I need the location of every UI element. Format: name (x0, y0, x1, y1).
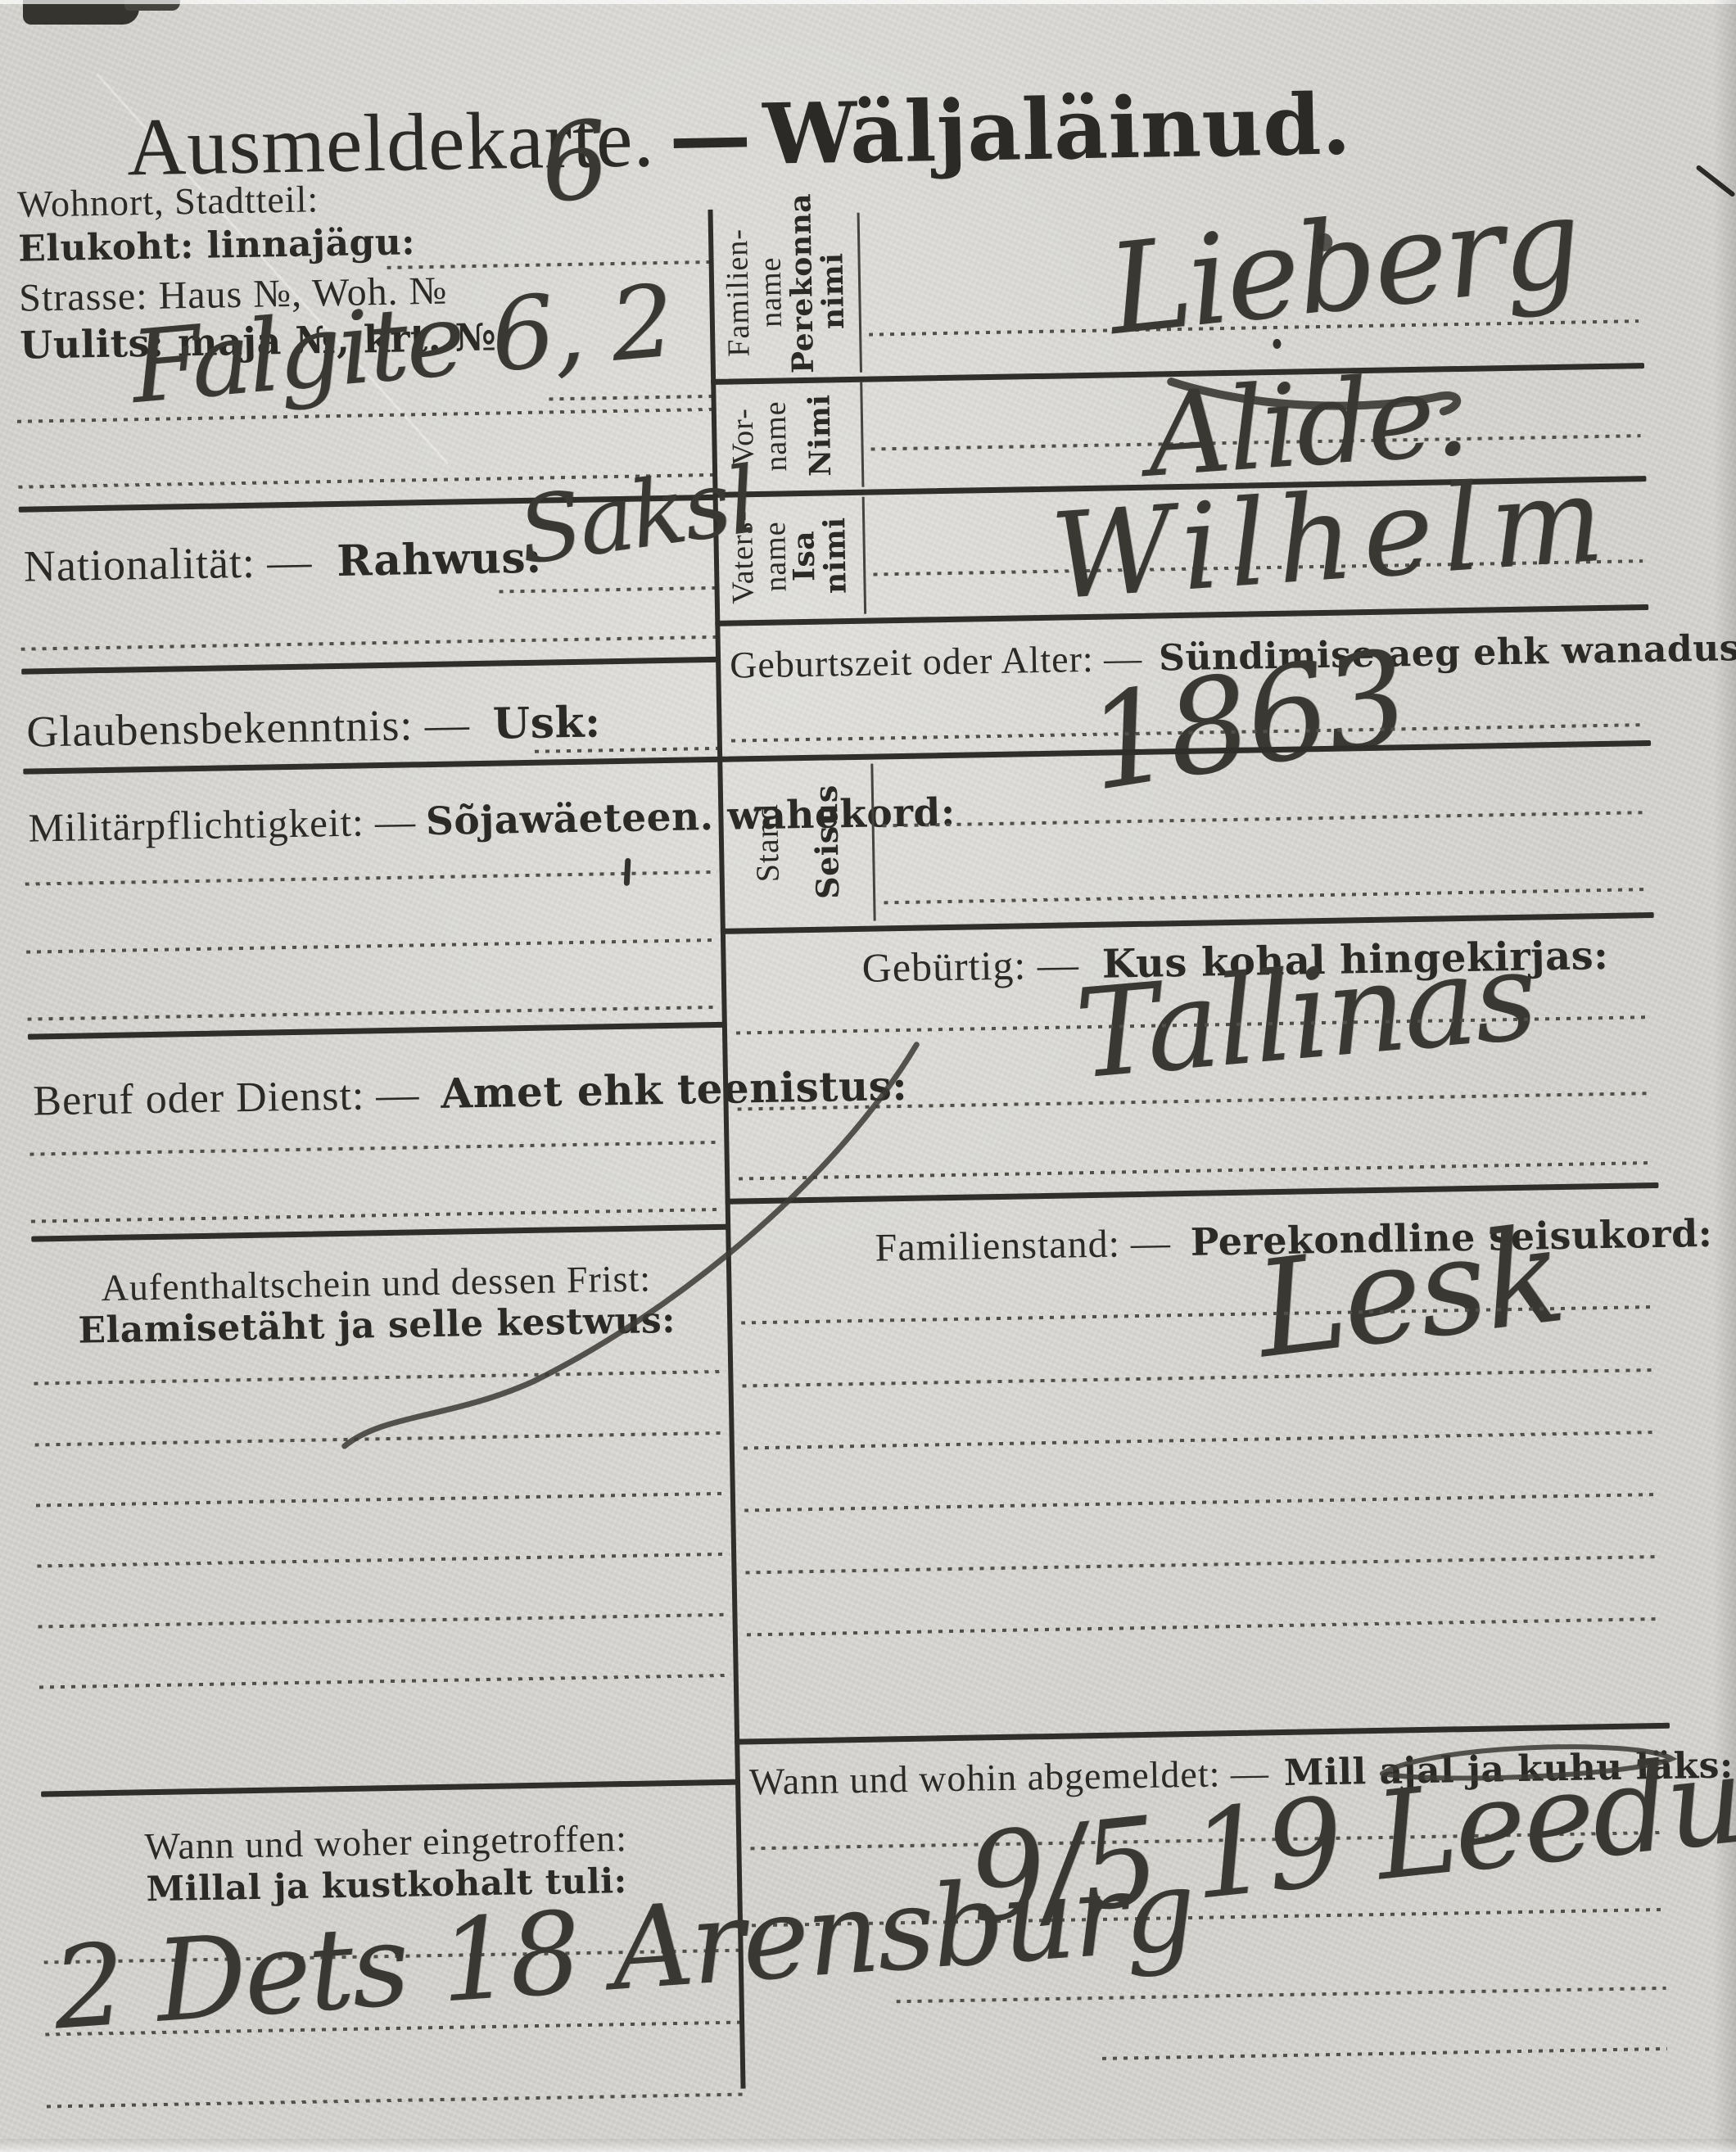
label-wohnort-de: Wohnort, Stadtteil: (17, 177, 319, 225)
label-glauben-et: Usk: (492, 697, 601, 748)
row-divider (726, 1182, 1659, 1205)
dotted-line (739, 1161, 1652, 1180)
label-vorname-et: Nimi (799, 382, 842, 488)
label-beruf-et: Amet ehk teenistus: (441, 1061, 908, 1118)
dotted-line (39, 1674, 731, 1689)
dotted-line (25, 870, 717, 886)
label-nationalitaet-de: Nationalität: — (23, 536, 312, 590)
label-militaer-de: Militärpflichtigkeit: — (28, 798, 416, 850)
dotted-line (500, 586, 717, 594)
dotted-line (26, 938, 718, 954)
label-vorname-et-line1: Nimi (804, 382, 837, 488)
label-familienname-et-line2: nimi (817, 209, 851, 373)
handwritten-family-name: Lieberg (1102, 180, 1584, 353)
label-separator-line (862, 497, 866, 614)
dotted-line (36, 1492, 728, 1508)
dotted-line (21, 635, 717, 651)
label-separator-line (870, 764, 875, 921)
label-glauben-de: Glaubensbekenntnis: — (26, 699, 470, 756)
title-estonian: Wäljaläinud. (762, 75, 1352, 184)
handwritten-origin: Tallinas (1071, 934, 1539, 1096)
dotted-line (549, 395, 712, 400)
label-familienname-de-line1: Familien- (721, 210, 757, 375)
label-vorname-de-line2: name (759, 383, 793, 489)
handwritten-nationality: Saksl (513, 454, 761, 578)
label-wohnort-et: Elukoht: linnajägu: (18, 221, 416, 269)
handwritten-father-name: Wilhelm (1047, 459, 1616, 617)
dotted-line (883, 811, 1648, 827)
label-stand-de: Stand (745, 766, 789, 919)
handwritten-district: 6 (536, 106, 612, 219)
label-separator-line (860, 382, 864, 487)
dotted-line (743, 1368, 1656, 1387)
dotted-line (746, 1555, 1659, 1574)
dotted-line (31, 1208, 723, 1223)
label-nationalitaet-et: Rahwus: (337, 533, 542, 586)
label-separator-line (857, 213, 862, 373)
dotted-line (17, 408, 713, 423)
row-religion: Glaubensbekenntnis: — Usk: (26, 696, 601, 757)
dotted-line (1102, 2047, 1667, 2060)
dotted-line (35, 1431, 727, 1447)
row-profession: Beruf oder Dienst: — Amet ehk teenistus: (33, 1061, 908, 1126)
handwritten-family-status: Lesk (1250, 1209, 1569, 1377)
ink-mark (624, 858, 631, 886)
section-divider (31, 1224, 727, 1242)
section-divider-right-bottom (735, 1723, 1670, 1745)
label-gebuertig-de: Gebürtig: — (861, 941, 1079, 991)
label-vatersname-et: Isa nimi (790, 495, 852, 616)
dotted-line (37, 1553, 729, 1568)
dotted-line (897, 1987, 1666, 2003)
dotted-line (29, 1141, 721, 1156)
dotted-line (28, 1006, 720, 1021)
dotted-line (747, 1617, 1660, 1636)
label-familienname-de: Familien- name (725, 210, 786, 374)
section-divider (23, 757, 719, 775)
card: Ausmeldekarte. —Wäljaläinud. Wohnort, St… (2, 30, 1709, 2123)
bottom-edge-shadow (0, 2139, 1736, 2152)
section-divider (21, 657, 717, 675)
label-familienname-et: Perekonna nimi (785, 209, 852, 373)
ink-dot (1273, 339, 1281, 349)
dotted-line (744, 1493, 1657, 1512)
scan-top-edge (0, 0, 1736, 4)
dotted-line (744, 1431, 1657, 1449)
label-vatersname-et-line2: nimi (820, 495, 852, 616)
label-familienstand-de: Familienstand: — (875, 1221, 1171, 1269)
label-stand-et-line1: Seisus (809, 766, 844, 918)
label-beruf-de: Beruf oder Dienst: — (33, 1071, 420, 1124)
dotted-line (38, 1613, 730, 1629)
section-divider (28, 1022, 724, 1040)
dotted-line (34, 1370, 726, 1386)
scanned-registration-card: { "title": { "de": "Ausmeldekarte.", "se… (0, 0, 1736, 2152)
label-militaer-et: Sõjawäeteen. wahekord: (425, 790, 956, 844)
dotted-line (884, 888, 1649, 904)
dotted-line (47, 2093, 743, 2109)
label-vatersname-et-line1: Isa (789, 496, 821, 617)
label-stand-et: Seisus (802, 766, 850, 918)
row-nationality: Nationalität: — Rahwus: (23, 532, 542, 592)
title-dash: — (668, 87, 753, 185)
label-familienname-et-line1: Perekonna (786, 210, 820, 374)
section-divider-left-bottom (41, 1779, 739, 1797)
label-stand-de-line1: Stand (748, 766, 785, 919)
